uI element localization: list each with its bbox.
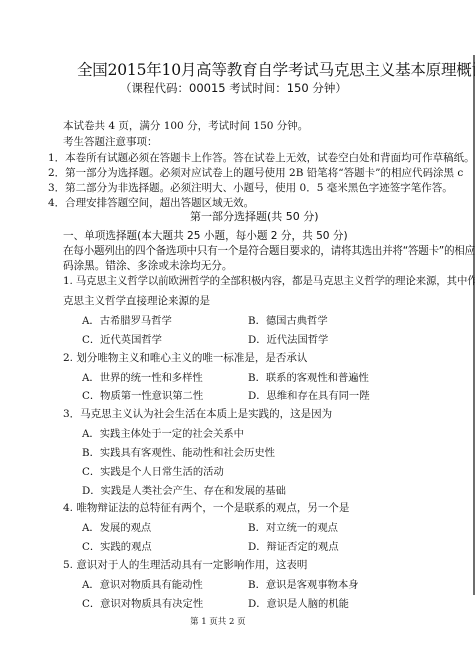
exam-subtitle: （课程代码：00015 考试时间：150 分钟）: [120, 80, 347, 96]
instructions-line: 码涂黑。错涂、多涂或未涂均无分。: [63, 258, 233, 273]
question-3-option-c: C．实践是个人日常生活的活动: [82, 463, 224, 478]
question-2-option-a: A．世界的统一性和多样性: [82, 369, 203, 384]
instructions-line: 在每小题列出的四个备选项中只有一个是符合题目要求的，请将其选出并将“答题卡”的相…: [63, 243, 475, 258]
question-2-option-b: B．联系的客观性和普遍性: [248, 369, 369, 384]
notice-heading: 考生答题注意事项：: [63, 134, 158, 149]
question-3-option-d: D．实践是人类社会产生、存在和发展的基础: [82, 482, 286, 497]
question-4-option-a: A．发展的观点: [82, 519, 151, 534]
exam-title: 全国2015年10月高等教育自学考试马克思主义基本原理概论: [77, 58, 475, 80]
question-1-option-d: D．近代法国哲学: [248, 331, 328, 346]
question-2-option-c: C．物质第一性意识第二性: [82, 387, 203, 402]
notice-item: 3．第二部分为非选择题。必须注明大、小题号，使用 0．5 毫米黑色字迹签字笔作答…: [48, 180, 453, 195]
page-footer: 第 1 页共 2 页: [190, 615, 246, 627]
question-1-stem-cont: 克思主义哲学直接理论来源的是: [63, 293, 210, 308]
question-3-option-b: B．实践具有客观性、能动性和社会历史性: [82, 444, 275, 459]
intro-line: 本试卷共 4 页，满分 100 分，考试时间 150 分钟。: [63, 118, 308, 133]
question-1-option-b: B．德国古典哲学: [248, 312, 328, 327]
question-2-option-d: D．思维和存在具有同一陛: [248, 387, 370, 402]
question-2-stem: 2. 划分唯物主义和唯心主义的唯一标准是，是否承认: [63, 350, 307, 365]
notice-item: 1．本卷所有试题必须在答题卡上作答。答在试卷上无效，试卷空白处和背面均可作草稿纸…: [48, 150, 475, 165]
question-4-stem: 4. 唯物辩证法的总特征有两个，一个是联系的观点，另一个是: [63, 500, 349, 515]
question-5-option-c: C．意识对物质具有决定性: [82, 595, 203, 610]
question-4-option-b: B．对立统一的观点: [248, 519, 338, 534]
section-title: 第一部分选择题(共 50 分): [190, 208, 319, 224]
question-5-option-b: B．意识是客观事物本身: [248, 576, 359, 591]
question-1-option-a: A．古希腊罗马哲学: [82, 312, 172, 327]
question-5-option-d: D．意识是人脑的机能: [248, 595, 349, 610]
notice-item: 2．第一部分为选择题。必须对应试卷上的题号使用 2B 铅笔将“答题卡”的相应代码…: [48, 165, 463, 180]
question-1-option-c: C．近代英国哲学: [82, 331, 162, 346]
question-5-option-a: A．意识对物质具有能动性: [82, 576, 203, 591]
question-5-stem: 5. 意识对于人的生理活动具有一定影响作用，这表明: [63, 557, 307, 572]
question-3-option-a: A．实践主体处于一定的社会关系中: [82, 425, 244, 440]
question-1-stem: 1. 马克思主义哲学以前欧洲哲学的全部积极内容，都是马克思主义哲学的理论来源，其…: [63, 273, 475, 288]
part-heading: 一、单项选择题(本大题共 25 小题，每小题 2 分，共 50 分): [63, 228, 348, 243]
question-4-option-d: D．辩证否定的观点: [248, 538, 339, 553]
question-3-stem: 3．马克思主义认为社会生活在本质上是实践的，这是因为: [63, 406, 332, 421]
question-4-option-c: C．实践的观点: [82, 538, 152, 553]
